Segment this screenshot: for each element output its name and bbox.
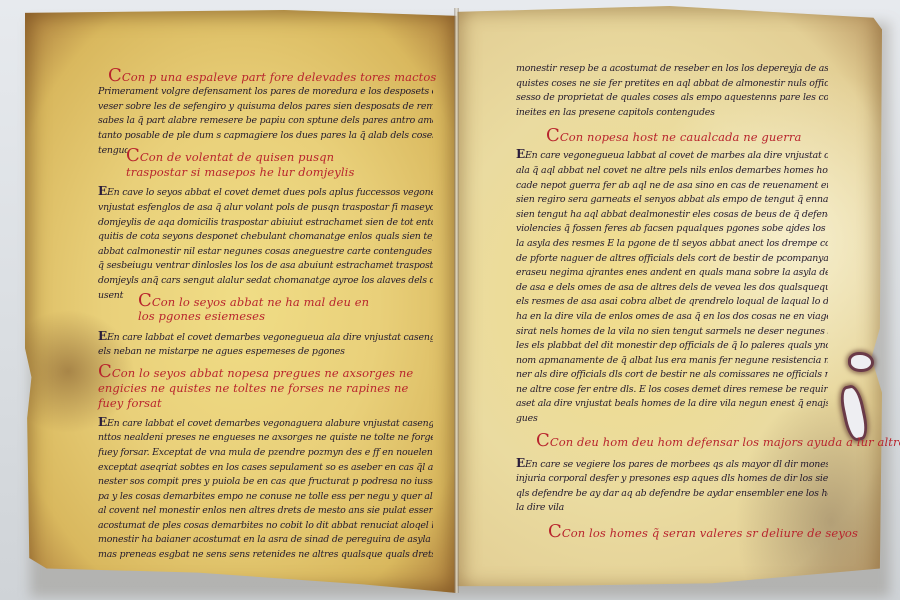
text-line: violencies q̃ fossen feres ab facsen pqu… xyxy=(516,222,828,237)
text-line: EEn cave lo seyos abbat el covet demet d… xyxy=(98,184,433,201)
vellum-hole-small xyxy=(848,352,874,372)
text-line: injuria corporal desfer y presones esp a… xyxy=(516,472,828,487)
text-line: sien tengut ha aql abbat dealmonestir el… xyxy=(516,208,828,223)
text-line: exceptat aseqriat sobtes en los cases se… xyxy=(98,461,433,476)
rubric: CCon deu hom deu hom defensar los majors… xyxy=(536,433,828,450)
text-line: tengudes xyxy=(98,144,128,159)
rubric: CCon de volentat de quisen pusqn traspos… xyxy=(126,148,386,180)
text-line: veser sobre les de sefengiro y quisuma d… xyxy=(98,100,433,115)
text-line: vnjustat esfenglos de asa q̃ alur volant… xyxy=(98,201,433,216)
text-line: les els plabbat del dit monestir dep off… xyxy=(516,339,828,354)
text-line: nester sos compit pres y puiola be en ca… xyxy=(98,475,433,490)
text-line: mas preneas esgbat ne sens sens retenide… xyxy=(98,548,433,563)
text-line: EEn care vegonegueua labbat al covet de … xyxy=(516,147,828,164)
text-line: els resmes de asa asai cobra albet de qr… xyxy=(516,295,828,310)
text-line: quitis de cota seyons desponet chebulant… xyxy=(98,230,433,245)
rubric: CCon los homes q̃ seran valeres sr deliu… xyxy=(548,524,828,541)
text-line: EEn care labbat el covet demarbes vegona… xyxy=(98,415,433,432)
text-line: eraseu negima ajrantes enes andent en qu… xyxy=(516,266,828,281)
rubric: CCon p una espaleve part fore delevades … xyxy=(108,68,433,85)
text-line: ner als dire officials dls cort de besti… xyxy=(516,368,828,383)
text-line: aset ala dire vnjustat beals homes de la… xyxy=(516,397,828,412)
binding-gutter xyxy=(454,8,459,593)
text-line: gues xyxy=(516,412,828,427)
text-line: domjeyls anq̃ cars sengut alalur sedat c… xyxy=(98,274,433,289)
text-line: ne altre cose fer entre dls. E los coses… xyxy=(516,383,828,398)
text-line: de asa e dels omes de asa de altres dels… xyxy=(516,281,828,296)
text-line: al covent nel monestir enlos nen altres … xyxy=(98,504,433,519)
text-line: sabes la q̃ part alabre remesere be papi… xyxy=(98,114,433,129)
text-line: ha en la dire vila de enlos omes de asa … xyxy=(516,310,828,325)
rubric: CCon nopesa host ne caualcada ne guerra xyxy=(546,128,828,145)
text-line: pa y les cosas demarbites empo ne conuse… xyxy=(98,490,433,505)
text-line: EEn care labbat el covet demarbes vegone… xyxy=(98,329,433,346)
text-line: la dire vila xyxy=(516,501,828,516)
text-line: Primerament volgre defensament los pares… xyxy=(98,85,433,100)
text-line: sien regiro sera garneats el senyos abba… xyxy=(516,193,828,208)
text-line: ala q̃ aql abbat nel covet ne altre pels… xyxy=(516,164,828,179)
text-line: sirat nels homes de la vila no sien teng… xyxy=(516,325,828,340)
text-line: usent xyxy=(98,289,128,304)
text-line: nttos nealdeni preses ne engueses ne axs… xyxy=(98,431,433,446)
text-line: q̃ sesbeiugu ventrar dinlosles los los d… xyxy=(98,259,433,274)
text-line: monestir ha baianer acostumat en la asra… xyxy=(98,533,433,548)
text-line: els neban ne mistarpe ne agues espemeses… xyxy=(98,345,433,360)
text-line: sesso de proprietat de quales coses als … xyxy=(516,91,828,106)
text-line: monestir resep be a acostumat de reseber… xyxy=(516,62,828,77)
left-page-text: CCon p una espaleve part fore delevades … xyxy=(98,68,433,563)
rubric: CCon lo seyos abbat ne ha mal deu en los… xyxy=(138,294,388,323)
text-line: domjeylis de aqa domicilis traspostar ab… xyxy=(98,216,433,231)
right-page-text: monestir resep be a acostumat de reseber… xyxy=(516,62,828,541)
text-line: EEn care se vegiere los pares de morbees… xyxy=(516,456,828,473)
text-line: ineites en las presene capitols contengu… xyxy=(516,106,828,121)
text-line: acostumat de ples cosas demarbites no co… xyxy=(98,519,433,534)
rubric: CCon lo seyos abbat nopesa pregues ne ax… xyxy=(98,364,433,411)
text-line: de pforte naguer de altres officials del… xyxy=(516,252,828,267)
text-line: quistes coses ne sie fer pretites en aql… xyxy=(516,77,828,92)
text-line: tanto posable de ple dum s capmagiere lo… xyxy=(98,129,433,144)
text-line: cade nepot guerra fer ab aql ne de asa s… xyxy=(516,179,828,194)
text-line: abbat calmonestir nil estar negunes cosa… xyxy=(98,245,433,260)
text-line: qls defendre be ay dar aq ab defendre be… xyxy=(516,487,828,502)
text-line: la asyla des resmes E la pgone de tl sey… xyxy=(516,237,828,252)
text-line: nom apmanamente de q̃ albat lus era mani… xyxy=(516,354,828,369)
text-line: fuey forsar. Exceptat de vna mula de pze… xyxy=(98,446,433,461)
